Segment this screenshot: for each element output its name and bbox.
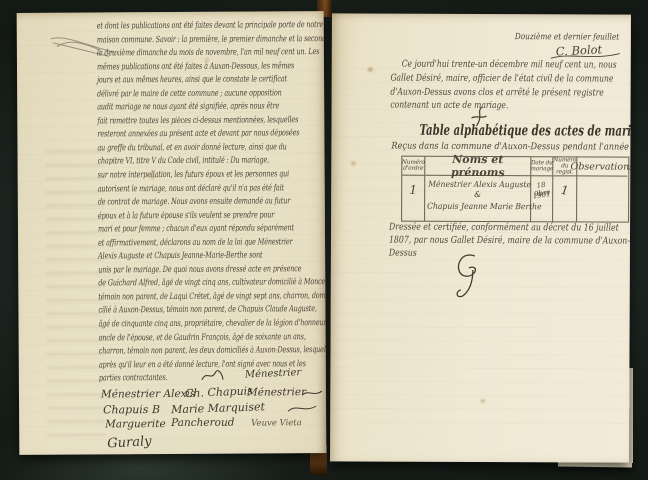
act-line: unis par le mariage. De quoi nous avons … (98, 262, 326, 277)
bleed-through-text (45, 142, 105, 442)
closing-g-flourish (449, 252, 489, 300)
signature: Chapuis B (103, 403, 160, 416)
closing-line: Gallet Désiré, maire, officier de l'état… (390, 71, 631, 86)
act-line: le deuxième dimanche du mois de novembre… (97, 46, 326, 61)
cell-date-annee: 1901 (531, 190, 553, 201)
right-page: Douzième et dernier feuillet C. Bolot Ce… (330, 13, 631, 462)
column-header: Observations (577, 157, 627, 176)
cell-epouse: Chapuis Jeanne Marie Berthe (427, 201, 522, 211)
pencil-scribble (49, 32, 119, 62)
ruled-lines (17, 17, 327, 449)
signature: Ménestrier (247, 386, 306, 398)
act-line: resteront annexées au présent acte et de… (97, 127, 326, 142)
column-header: Numéro d'ordre (402, 157, 424, 176)
act-line: sur notre interpellation, les futurs épo… (98, 168, 327, 183)
closing-statement: Ce jourd'hui trente-un décembre mil neuf… (402, 58, 631, 114)
signature: Marguerite (105, 418, 166, 430)
signature: Veuve Vieta (251, 418, 302, 428)
column-noms: Noms et prénoms Ménestrier Alexis August… (425, 157, 531, 221)
signature-paraph (199, 368, 225, 384)
marriage-act-text: et dont les publications ont été faites … (97, 19, 327, 387)
act-line: mêmes publications ont été faites à Auxo… (97, 59, 326, 74)
act-line: mari et pour femme ; chacun d'eux ayant … (98, 222, 326, 237)
act-line: audit mariage ne nous ayant été signifié… (97, 100, 326, 115)
act-line: âgé de cinquante cinq ans, propriétaire,… (99, 317, 327, 332)
certification-line: Dressée et certifiée, conformément au dé… (389, 222, 631, 236)
foxing-spot (205, 58, 209, 62)
certification-line: 1807, par nous Gallet Désiré, maire de l… (389, 234, 631, 248)
cell-conjonction: & (425, 190, 530, 199)
act-line: jours et aux mêmes heures, ainsi que le … (97, 73, 326, 88)
folio-note: Douzième et dernier feuillet (515, 32, 619, 42)
marriage-index-table: Numéro d'ordre 1 Noms et prénoms Ménestr… (401, 156, 629, 223)
signature: Guraly (107, 434, 152, 452)
signature: Ch. Chapuis (185, 384, 253, 400)
signature: Pancheroud (171, 417, 234, 429)
act-line: et dont les publications ont été faites … (97, 19, 327, 34)
signature: Marie Marquiset (171, 400, 265, 416)
act-line: oncle de l'épouse, et de Gaudrin Françoi… (99, 330, 327, 345)
column-registre: Numéro du regist. 1 (553, 157, 577, 221)
table-title: Table alphabétique des actes de mariages (419, 122, 631, 140)
column-observations: Observations (577, 157, 627, 221)
closing-line: Ce jourd'hui trente-un décembre mil neuf… (402, 58, 631, 73)
act-line: de contrat de mariage. Nous avons ensuit… (98, 195, 327, 210)
closing-line: contenant un acte de mariage. (390, 99, 631, 114)
column-date: Date du mariage 18 9bre 1901 (531, 157, 553, 221)
ruled-lines (330, 55, 631, 436)
act-line: après qu'il leur en a été donné lecture,… (99, 357, 327, 372)
certification-statement: Dressée et certifiée, conformément au dé… (389, 222, 631, 262)
cell-epoux: Ménestrier Alexis Auguste (428, 179, 522, 189)
column-numero-ordre: Numéro d'ordre 1 (402, 157, 425, 221)
act-line: chapitre VI, titre V du Code civil, inti… (98, 154, 327, 169)
act-line: et affirmativement, déclarons au nom de … (98, 235, 326, 250)
signature: Ménestrier Alexis (101, 388, 195, 401)
column-header: Numéro du regist. (553, 157, 576, 176)
table-subtitle: Reçus dans la commune d'Auxon-Dessus pen… (391, 141, 631, 153)
signature: Ménestrier (245, 367, 302, 380)
signature-flourish (301, 387, 323, 399)
act-line: au greffe du tribunal, et en avoir donné… (97, 141, 326, 156)
act-line: cilié à Auxon-Dessus, témoin non parent,… (98, 303, 326, 318)
signature-flourish (287, 401, 317, 415)
cell-date-jour: 18 9bre (530, 180, 553, 199)
act-line: témoin non parent, de Laqui Crétet, âgé … (98, 290, 326, 305)
foxing-spot (351, 161, 355, 165)
act-line: charron, témoin non parent, les deux dom… (99, 344, 327, 359)
cell-ordre: 1 (402, 183, 424, 197)
act-line: Alexis Auguste et Chapuis Jeanne-Marie-B… (98, 249, 326, 264)
act-line: fait remettre toutes les pièces ci-dessu… (97, 113, 326, 128)
column-header: Date du mariage (531, 157, 552, 176)
act-line: autorisent le mariage, nous ont déclaré … (98, 181, 327, 196)
left-page: et dont les publications ont été faites … (17, 11, 327, 455)
column-header: Noms et prénoms (425, 157, 530, 176)
signature-underline-flourish (550, 50, 622, 62)
act-line: délivré par le maire de cette commune ; … (97, 86, 326, 101)
certification-line: Dessus (389, 247, 631, 261)
divider-flourish (467, 106, 489, 128)
foxing-spot (368, 68, 373, 72)
foxing-spot (480, 399, 485, 403)
foxing-spot (150, 175, 155, 179)
scanned-register: et dont les publications ont été faites … (0, 0, 648, 480)
act-line: époux et à la future épouse s'ils veulen… (98, 208, 326, 223)
closing-line: d'Auxon-Dessus avons clos et arrêté le p… (390, 85, 631, 100)
act-line: parties contractantes. (99, 371, 326, 386)
act-line: de Guichard Alfred, âgé de vingt cinq an… (98, 276, 326, 291)
clerk-signature: C. Bolot (556, 42, 603, 58)
act-line: maison commune. Savoir : la première, le… (97, 32, 327, 47)
cell-registre: 1 (552, 182, 577, 199)
